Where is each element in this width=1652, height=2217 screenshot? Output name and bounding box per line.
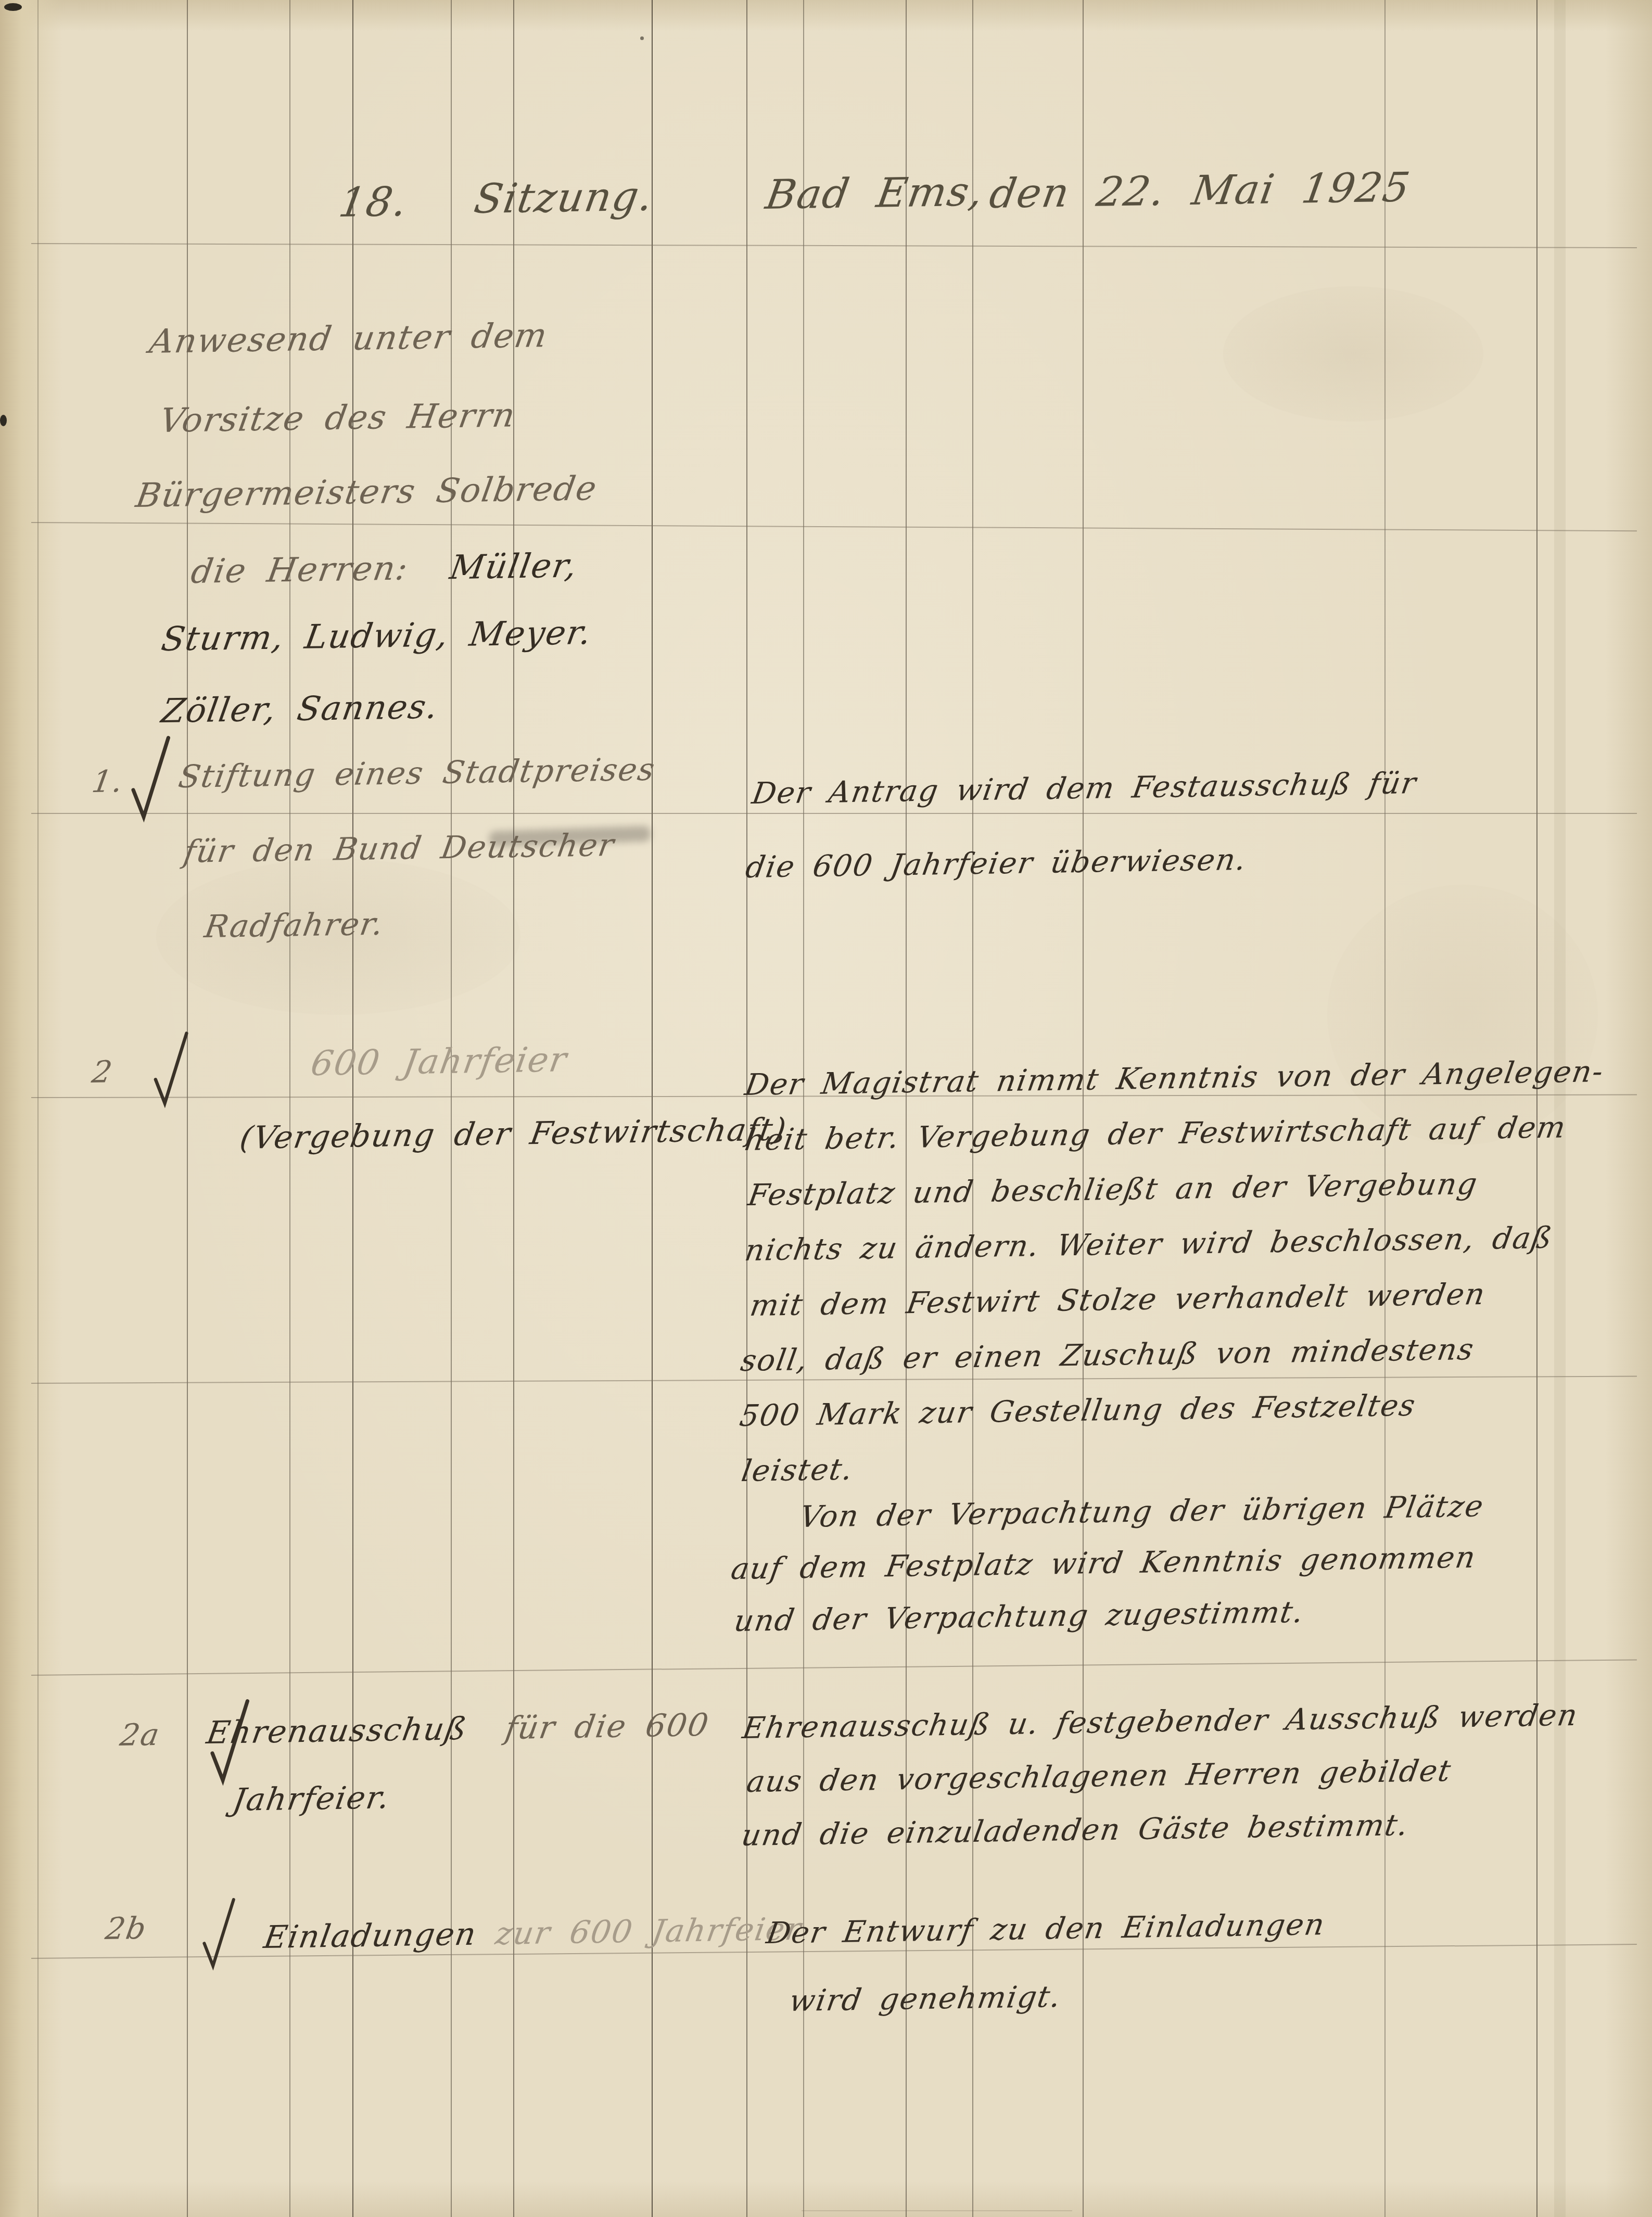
agenda-item-title-line: 600 Jahrfeier	[308, 1039, 570, 1084]
resolution-line: Der Antrag wird dem Festausschuß für	[743, 766, 1419, 850]
checkmark-icon	[128, 731, 173, 825]
paper-speck	[4, 3, 22, 11]
checkmark-icon	[151, 1028, 190, 1110]
section-rule	[31, 243, 1637, 248]
session-number: 18.	[336, 179, 411, 226]
agenda-item-number: 2a	[118, 1717, 163, 1753]
title-ink-part: Einladungen	[261, 1916, 479, 1956]
attendance-label: die Herren:	[188, 549, 411, 591]
protocol-page: 18. Sitzung. Bad Ems, den 22. Mai 1925 A…	[0, 0, 1652, 2217]
title-ink-part: Ehrenausschuß	[204, 1711, 470, 1751]
attendance-line: die Herren: Müller,	[188, 546, 580, 591]
resolution-block: Ehrenausschuß u. festgebender Ausschuß w…	[737, 1711, 1570, 1853]
resolution-block: Der Magistrat nimmt Kenntnis von der Ang…	[739, 1068, 1595, 1488]
attendee-name: Müller,	[447, 546, 580, 587]
attendance-line: Sturm, Ludwig, Meyer.	[159, 614, 595, 659]
checkmark-icon	[200, 1894, 237, 1972]
resolution-block: Der Antrag wird dem Festausschuß für die…	[743, 776, 1406, 885]
title-pencil-part: zur 600 Jahrfeier	[493, 1911, 805, 1952]
resolution-line: und der Verpachtung zugestimmt.	[732, 1595, 1307, 1638]
session-word: Sitzung.	[471, 173, 657, 223]
attendance-line: Bürgermeisters Solbrede	[133, 469, 600, 515]
attendance-line: Zöller, Sannes.	[159, 688, 441, 731]
agenda-item-title-line: Jahrfeier.	[230, 1779, 393, 1818]
attendance-line: Vorsitze des Herrn	[157, 396, 518, 440]
column-rule	[37, 0, 39, 2217]
resolution-line: wird genehmigt.	[787, 1980, 1064, 2018]
agenda-item-title-line: Stiftung eines Stadtpreises	[176, 751, 658, 795]
attendance-line: Anwesend unter dem	[147, 316, 551, 361]
agenda-item-number: 2b	[103, 1910, 149, 1946]
bleed-through-ghost	[1223, 286, 1483, 422]
place-name: Bad Ems,	[763, 168, 987, 219]
paper-speck	[640, 36, 644, 40]
resolution-line: auf dem Festplatz wird Kenntnis genommen	[729, 1540, 1479, 1586]
agenda-item-number: 2	[90, 1054, 116, 1090]
paper-speck	[0, 415, 7, 426]
agenda-item-title-line: für den Bund Deutscher	[181, 827, 617, 870]
agenda-item-title-line: Einladungen zur 600 Jahrfeier	[261, 1911, 805, 1956]
resolution-line: Der Entwurf zu den Einladungen	[764, 1907, 1328, 1951]
title-pencil-part: für die 600	[503, 1707, 712, 1747]
session-date: den 22. Mai 1925	[986, 164, 1414, 218]
column-rule	[652, 0, 653, 2217]
resolution-line: Von der Verpachtung der übrigen Plätze	[797, 1489, 1486, 1534]
agenda-item-title-line: Radfahrer.	[202, 906, 387, 945]
agenda-item-number: 1.	[90, 763, 126, 799]
agenda-item-title-line: (Vergebung der Festwirtschaft)	[237, 1112, 790, 1156]
section-rule	[802, 2210, 1072, 2211]
section-rule	[31, 1659, 1637, 1676]
agenda-item-title-line: Ehrenausschuß für die 600	[204, 1707, 712, 1751]
section-rule	[31, 522, 1637, 531]
